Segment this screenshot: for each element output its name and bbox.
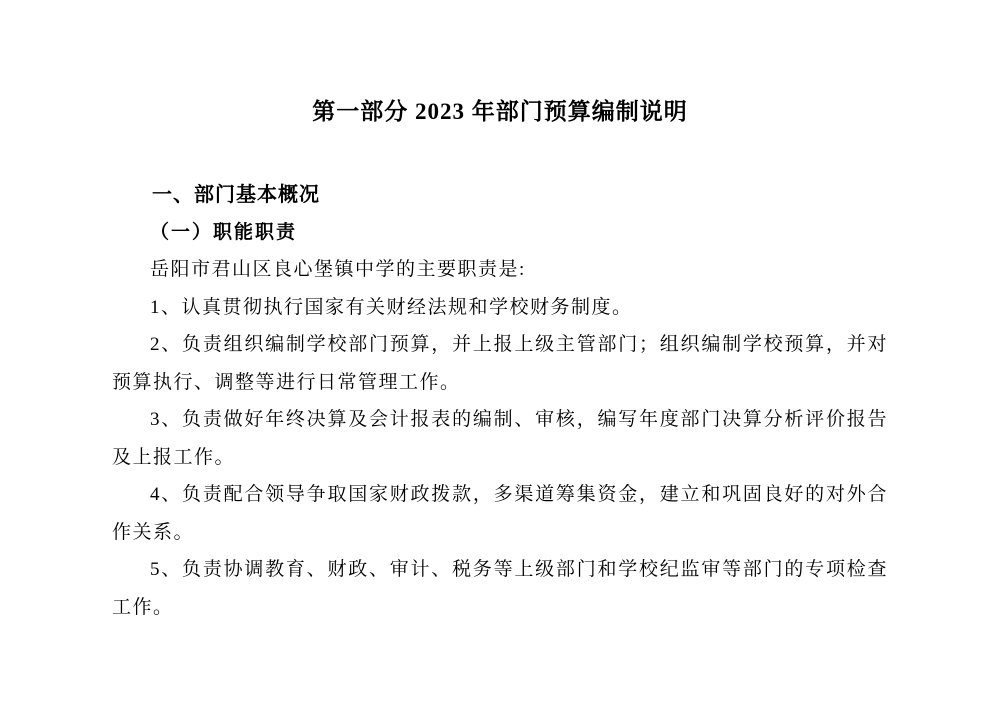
- document-page: 第一部分 2023 年部门预算编制说明 一、部门基本概况 （一）职能职责 岳阳市…: [0, 0, 1000, 706]
- duty-item-1: 1、认真贯彻执行国家有关财经法规和学校财务制度。: [112, 289, 888, 327]
- duty-item-2: 2、负责组织编制学校部门预算，并上报上级主管部门；组织编制学校预算，并对预算执行…: [112, 326, 888, 401]
- duty-item-3: 3、负责做好年终决算及会计报表的编制、审核，编写年度部门决算分析评价报告及上报工…: [112, 401, 888, 476]
- document-title: 第一部分 2023 年部门预算编制说明: [0, 0, 1000, 126]
- document-body: 一、部门基本概况 （一）职能职责 岳阳市君山区良心堡镇中学的主要职责是: 1、认…: [0, 176, 1000, 626]
- duty-item-4: 4、负责配合领导争取国家财政拨款，多渠道筹集资金，建立和巩固良好的对外合作关系。: [112, 476, 888, 551]
- section-heading-basic-overview: 一、部门基本概况: [112, 176, 888, 214]
- intro-paragraph: 岳阳市君山区良心堡镇中学的主要职责是:: [112, 251, 888, 289]
- duty-item-5: 5、负责协调教育、财政、审计、税务等上级部门和学校纪监审等部门的专项检查工作。: [112, 551, 888, 626]
- subsection-heading-duties: （一）职能职责: [112, 214, 888, 251]
